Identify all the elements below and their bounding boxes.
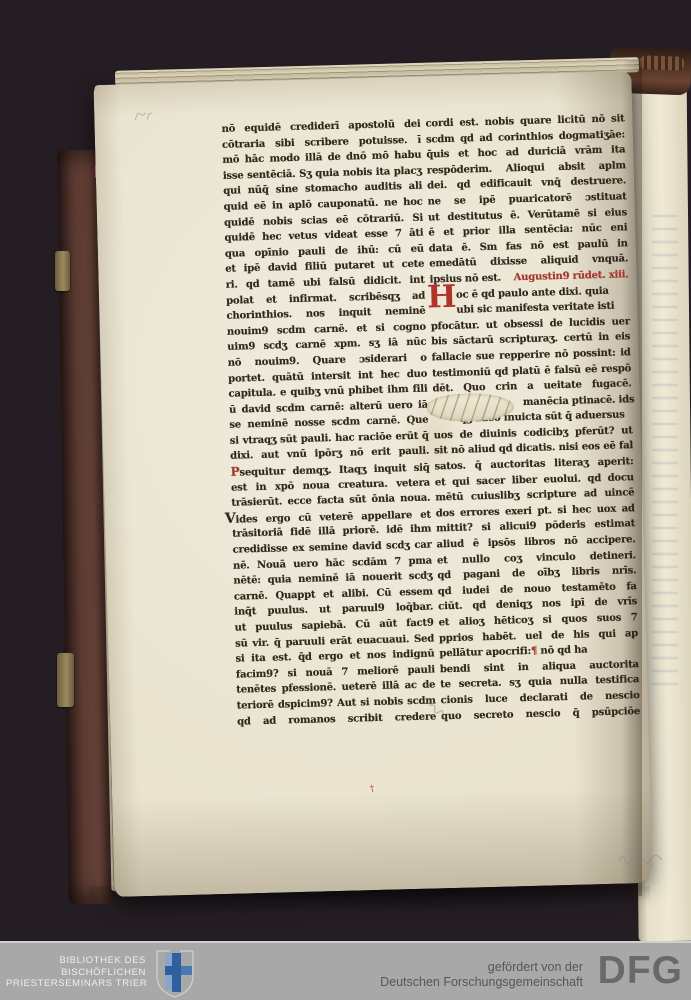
library-name-line2: BISCHÖFLICHEN — [6, 967, 146, 979]
dfg-logo: DFG — [598, 951, 683, 991]
headband — [640, 55, 684, 71]
rubricated-initial-H: H — [427, 282, 454, 314]
manuscript-page: nō equidē crediderī apostolū deicōtraria… — [93, 71, 652, 897]
library-name-line1: BIBLIOTHEK DES — [6, 955, 146, 967]
funding-credit-line2: Deutschen Forschungsgemeinschaft — [323, 975, 583, 990]
catchword-flourish — [426, 702, 446, 721]
showthrough-text — [652, 215, 678, 695]
pencil-foliation-mark — [132, 108, 154, 125]
library-name-line3: PRIESTERSEMINARS TRIER — [6, 978, 146, 990]
red-quire-mark: † — [369, 784, 375, 795]
footer-credit-bar: BIBLIOTHEK DES BISCHÖFLICHEN PRIESTERSEM… — [0, 941, 691, 1000]
funding-credit: gefördert von der Deutschen Forschungsge… — [323, 960, 583, 990]
brass-clasp-upper — [55, 251, 70, 291]
brass-clasp-lower — [57, 653, 74, 707]
library-shield-logo-icon — [150, 946, 200, 1000]
marginal-scribble — [616, 846, 668, 872]
text-column-left: nō equidē crediderī apostolū deicōtraria… — [221, 117, 436, 730]
funding-credit-line1: gefördert von der — [323, 960, 583, 975]
library-name: BIBLIOTHEK DES BISCHÖFLICHEN PRIESTERSEM… — [6, 955, 146, 990]
